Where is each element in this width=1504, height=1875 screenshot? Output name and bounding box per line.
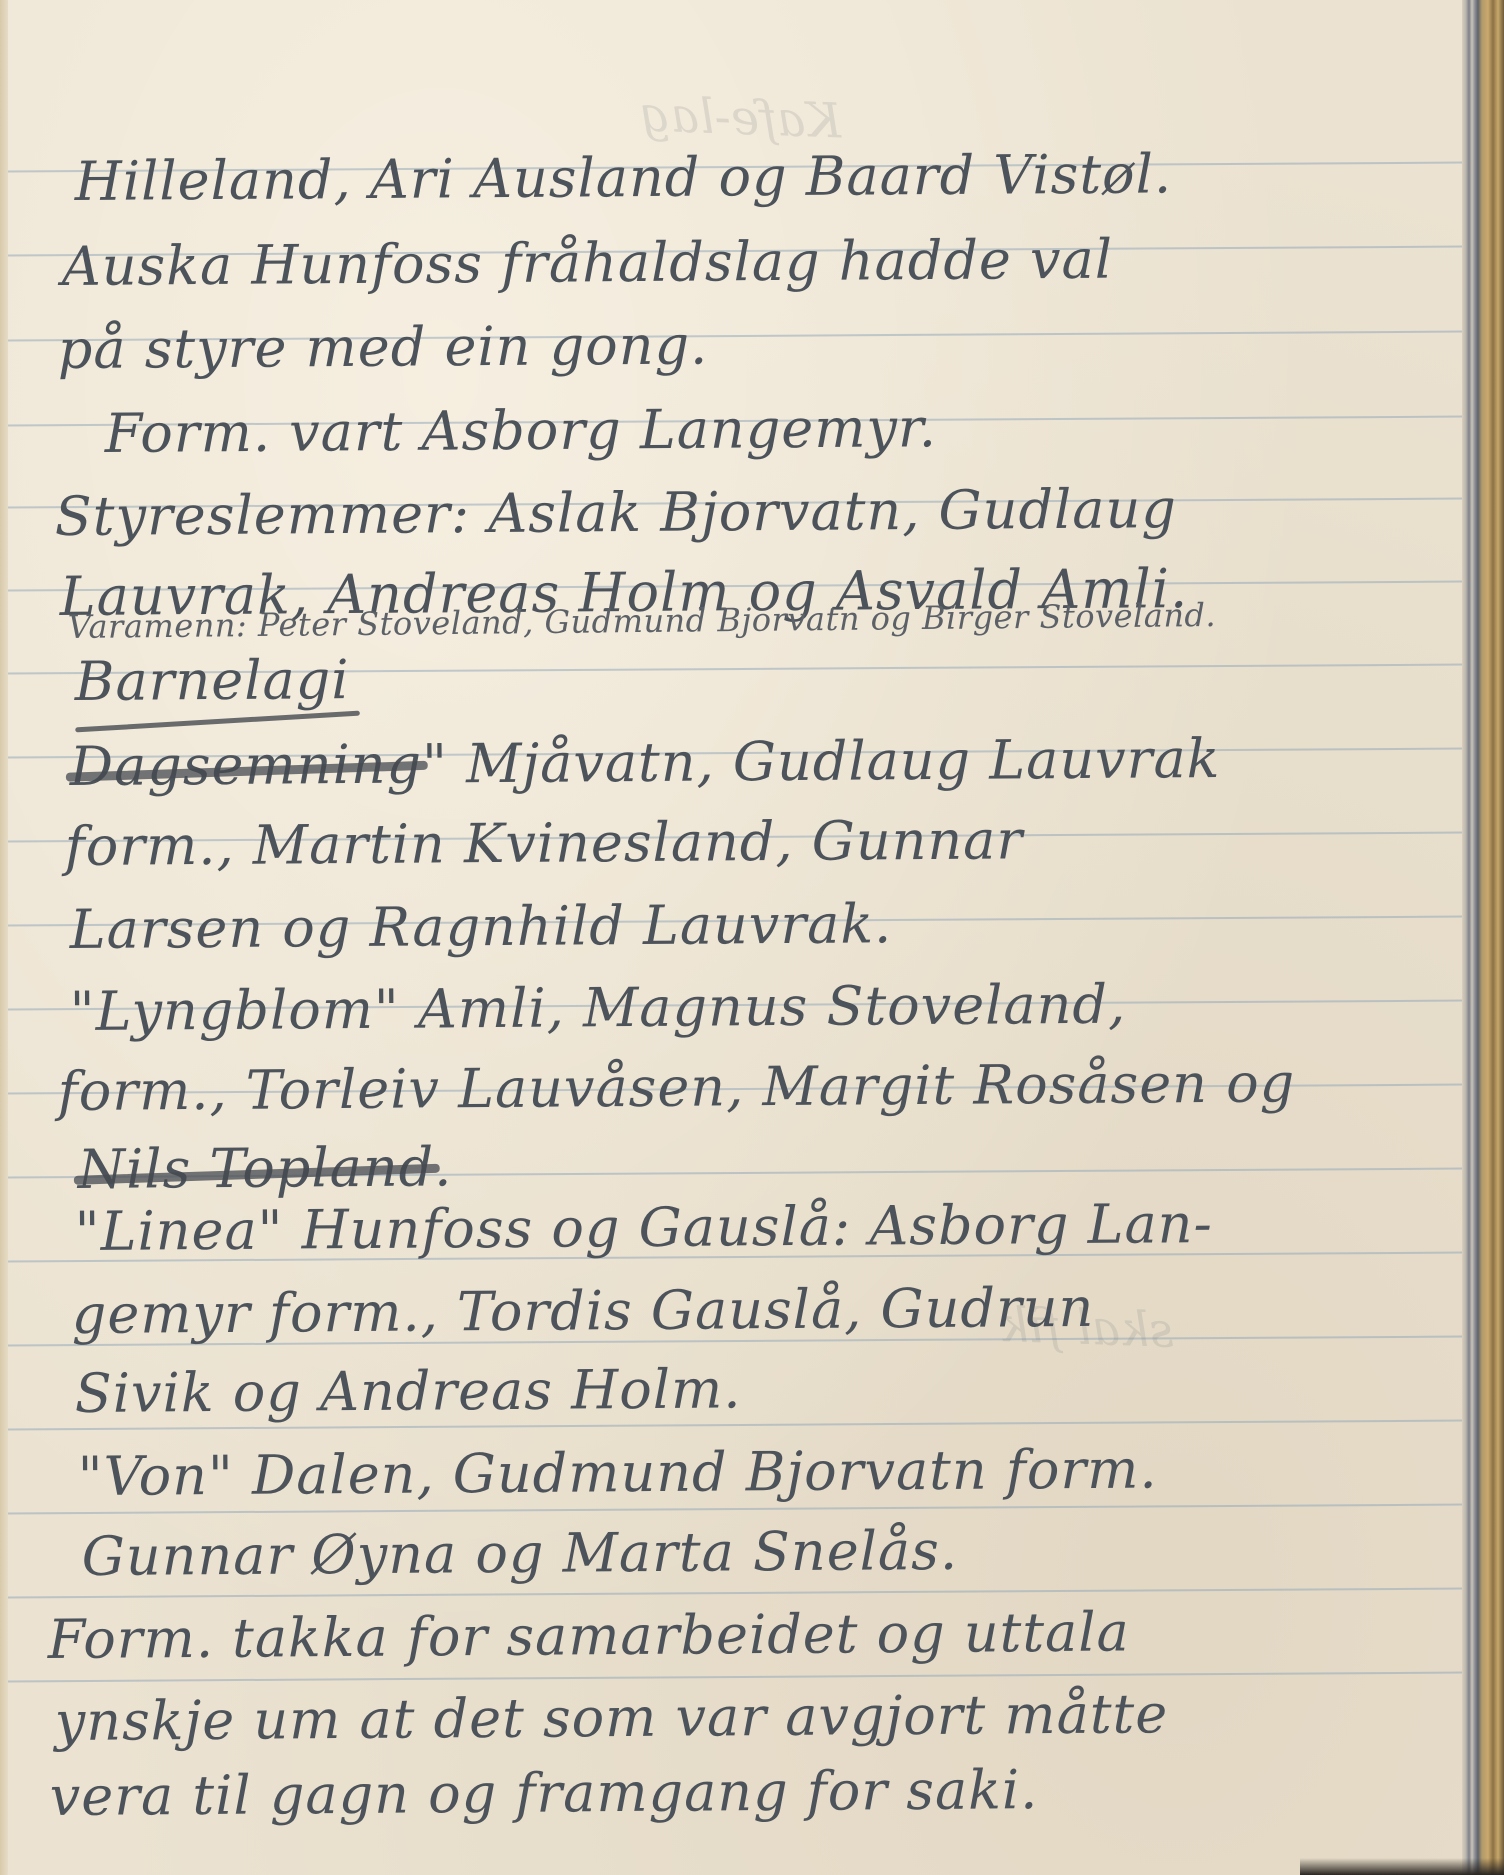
handwritten-line: Gunnar Øyna og Marta Snelås. (82, 1519, 959, 1588)
struck-through-name: Nils Topland (78, 1136, 435, 1201)
handwritten-line: "Lyngblom" Amli, Magnus Stoveland, (70, 973, 1127, 1043)
handwritten-line: Nils Topland. (78, 1135, 453, 1201)
handwritten-line: på styre med ein gong. (58, 313, 709, 381)
notebook-binding-edge (1462, 0, 1504, 1875)
handwritten-line: vera til gagn og framgang for saki. (50, 1758, 1039, 1828)
handwritten-line: form., Torleiv Lauvåsen, Margit Rosåsen … (58, 1051, 1296, 1123)
notebook-page: Kafe-lag skal fik Hilleland, Ari Ausland… (0, 0, 1470, 1875)
struck-through-word: Dagsemning (70, 733, 423, 798)
handwritten-line: form., Martin Kvinesland, Gunnar (65, 808, 1024, 878)
ruled-line (8, 1672, 1462, 1683)
handwritten-line: ynskje um at det som var avgjort måtte (55, 1682, 1169, 1753)
handwritten-line: "Von" Dalen, Gudmund Bjorvatn form. (78, 1437, 1158, 1508)
handwritten-line: Hilleland, Ari Ausland og Baard Vistøl. (75, 142, 1173, 213)
page-left-edge (0, 0, 8, 1875)
handwritten-line: Dagsemning" Mjåvatn, Gudlaug Lauvrak (70, 727, 1221, 798)
handwritten-line: Form. vart Asborg Langemyr. (105, 396, 938, 465)
handwritten-line: Larsen og Ragnhild Lauvrak. (70, 892, 893, 961)
handwritten-line: Sivik og Andreas Holm. (75, 1357, 742, 1425)
section-heading-text: Barnelagi (75, 648, 350, 713)
ruled-line (8, 1588, 1462, 1599)
bleed-through-text: Kafe-lag (639, 86, 842, 149)
handwritten-line: Auska Hunfoss fråhaldslag hadde val (62, 228, 1114, 298)
line-text: " Mjåvatn, Gudlaug Lauvrak (422, 727, 1221, 796)
handwritten-line: "Linea" Hunfoss og Gauslå: Asborg Lan- (75, 1192, 1213, 1263)
handwritten-line: Form. takka for samarbeidet og uttala (48, 1600, 1130, 1671)
handwritten-line: Styreslemmer: Aslak Bjorvatn, Gudlaug (55, 477, 1177, 548)
page-corner-shadow (1300, 1858, 1504, 1875)
handwritten-line: gemyr form., Tordis Gauslå, Gudrun (72, 1276, 1095, 1346)
section-heading: Barnelagi (75, 648, 350, 713)
